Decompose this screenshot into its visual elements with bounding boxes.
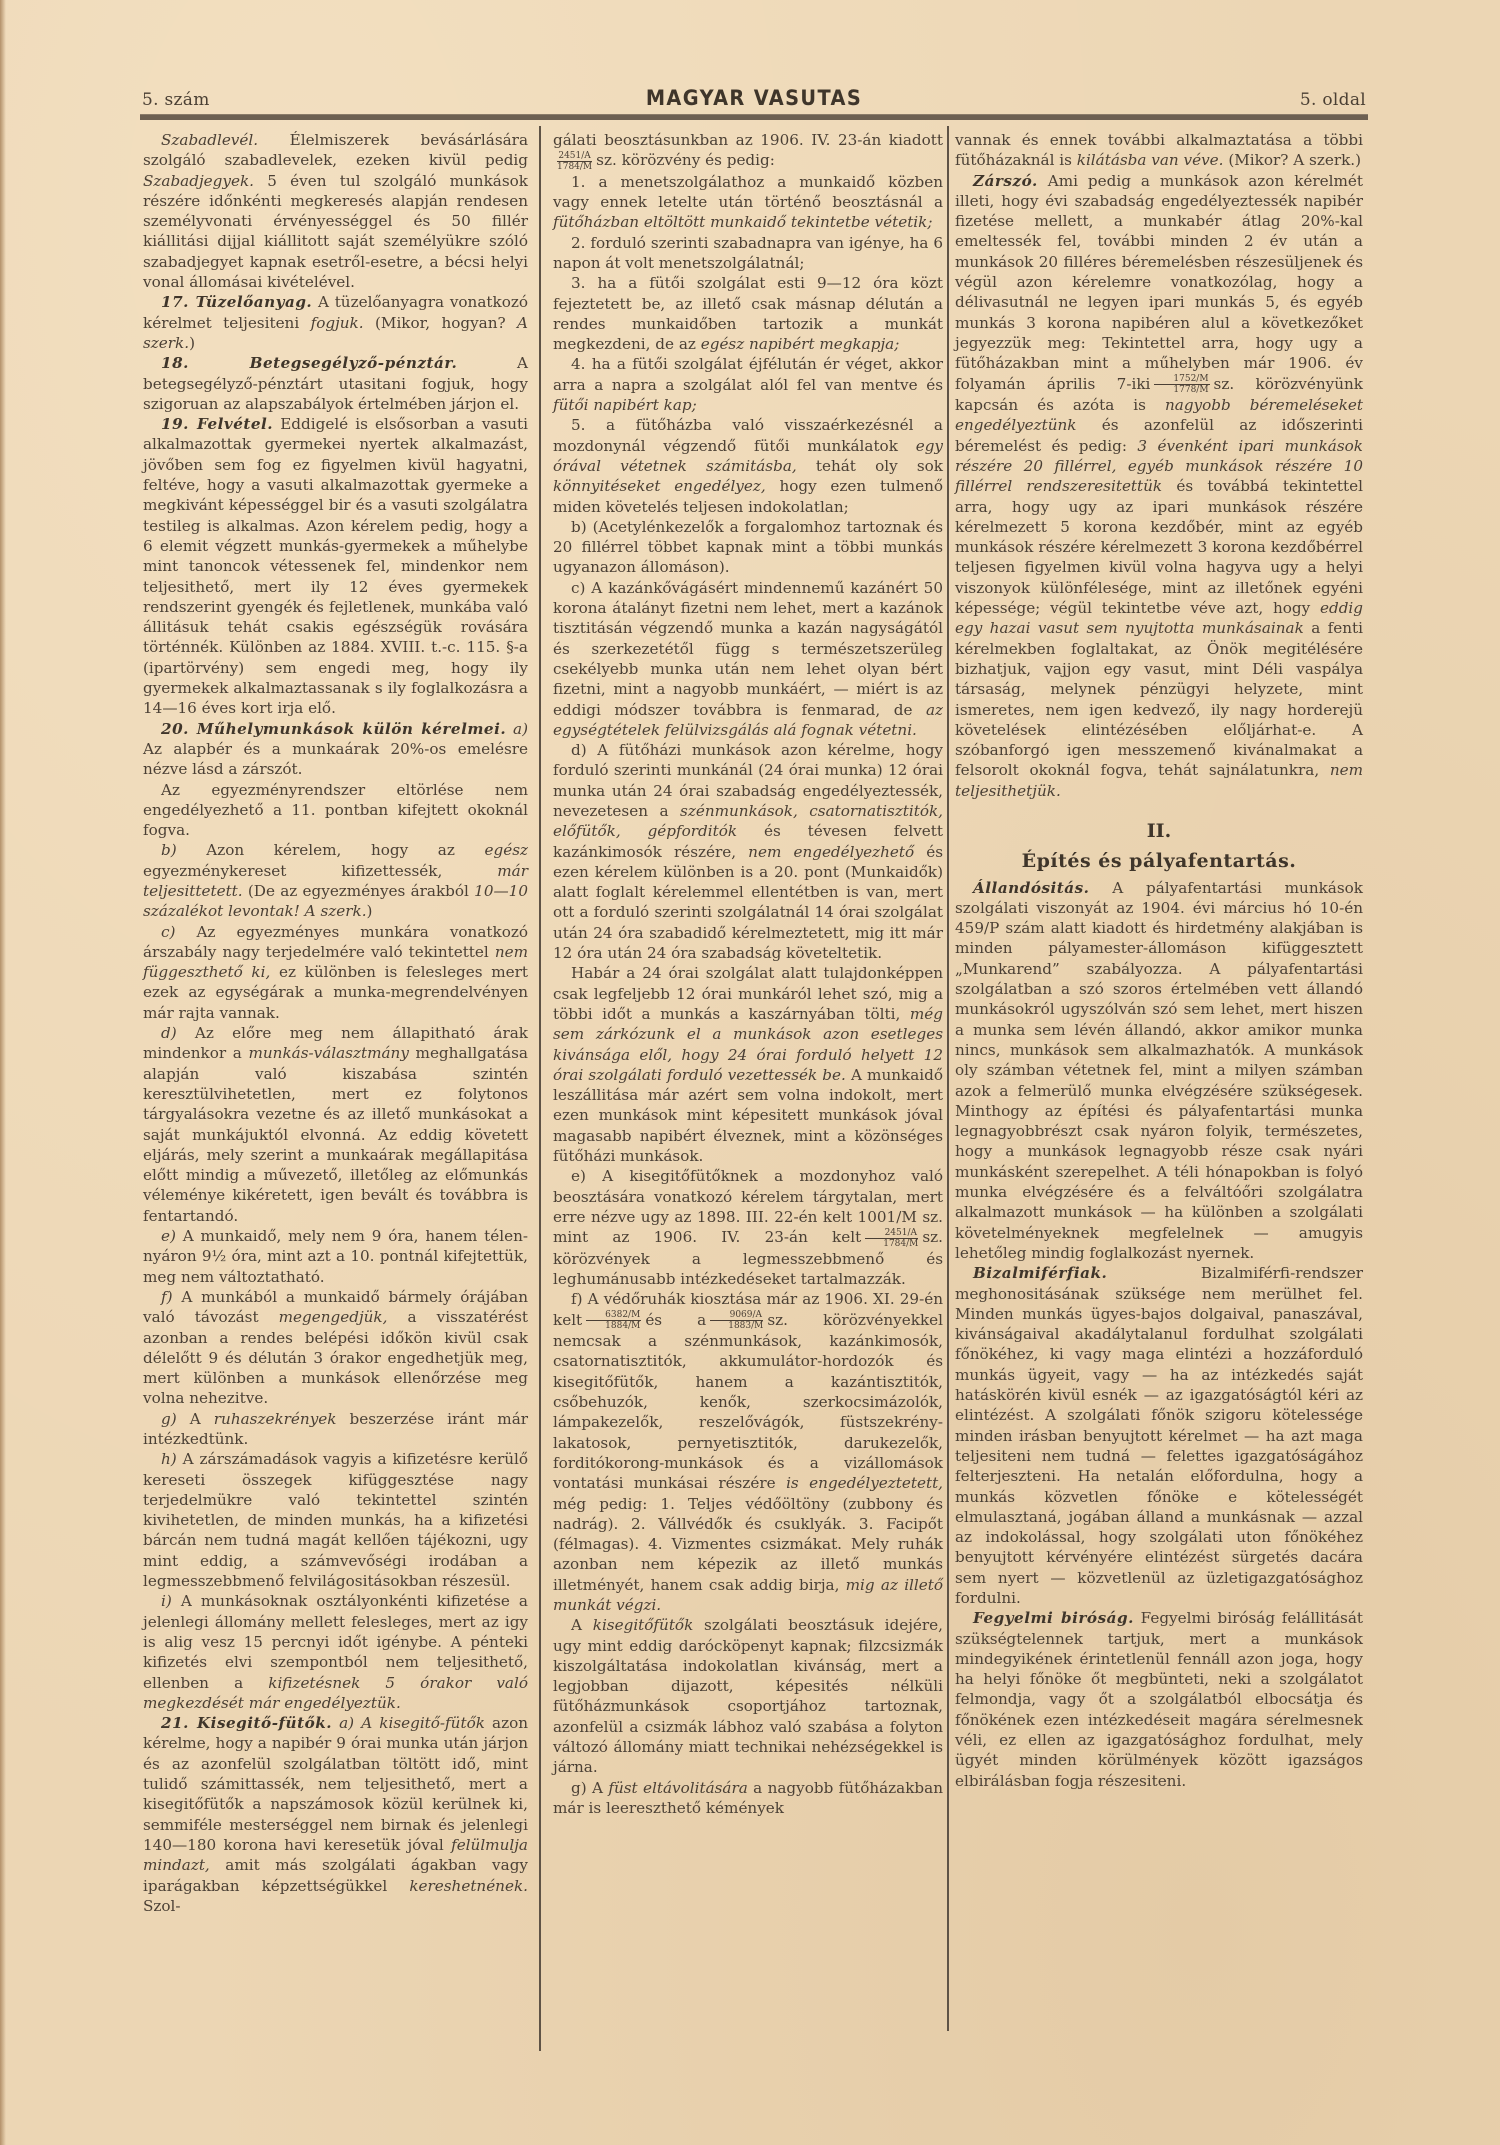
paragraph-continued: vannak és ennek további alkalmaztatása a… — [955, 130, 1363, 171]
page-edge — [0, 0, 6, 2145]
paragraph-d: d) A fütőházi munkások azon kérelme, hog… — [553, 740, 943, 963]
paragraph-kisegito: A kisegitőfütők szolgálati beosztásuk id… — [553, 1615, 943, 1777]
circular-number-fraction: 2451/A1784/M — [557, 151, 592, 172]
column-divider — [947, 126, 949, 2031]
paragraph-20: 20. Műhelymunkások külön kérelmei. a) Az… — [143, 719, 528, 780]
circular-number-fraction: 9069/A1883/M — [710, 1310, 763, 1331]
paragraph-b: b) (Acetylénkezelők a forgalomhoz tartoz… — [553, 517, 943, 578]
list-item-3: 3. ha a fütői szolgálat esti 9—12 óra kö… — [553, 273, 943, 354]
list-item-2: 2. forduló szerinti szabadnapra van igén… — [553, 233, 943, 274]
section-heading: Zárszó. — [973, 172, 1038, 190]
paragraph-20f: f) A munkából a munkaidő bármely órájába… — [143, 1287, 528, 1409]
paragraph-20b: b) Azon kérelem, hogy az egész egyezmény… — [143, 840, 528, 921]
paragraph-20h: h) A zárszámadások vagyis a kifizetésre … — [143, 1449, 528, 1591]
paragraph-e: e) A kisegitőfütőknek a mozdonyhoz való … — [553, 1166, 943, 1289]
paragraph-21: 21. Kisegitő-fütők. a) A kisegitő-fütők … — [143, 1713, 528, 1916]
paragraph-f: f) A védőruhák kiosztása már az 1906. XI… — [553, 1289, 943, 1615]
section-title: Építés és pályafentartás. — [955, 851, 1363, 871]
paragraph-szabadlevel: Szabadlevél. Élelmiszerek bevásárlására … — [143, 130, 528, 292]
section-heading: Bizalmiférfiak. — [973, 1264, 1107, 1282]
circular-number-fraction: 2451/A1784/M — [865, 1228, 918, 1249]
header-rule — [140, 114, 1368, 120]
paragraph-19: 19. Felvétel. Eddigelé is elsősorban a v… — [143, 414, 528, 718]
paragraph-bizalmiferfiak: Bizalmiférfiak. Bizalmiférfi-rendszer me… — [955, 1263, 1363, 1608]
section-heading: 17. Tüzelőanyag. — [161, 293, 312, 311]
list-item-4: 4. ha a fütői szolgálat éjfélután ér vég… — [553, 354, 943, 415]
paragraph-fegyelmi: Fegyelmi biróság. Fegyelmi biróság felál… — [955, 1608, 1363, 1791]
section-heading: 18. Betegsegélyző-pénztár. — [161, 354, 457, 372]
list-item-1: 1. a menetszolgálathoz a munkaidő közben… — [553, 172, 943, 233]
paragraph-c: c) A kazánkővágásért mindennemű kazánért… — [553, 578, 943, 740]
paragraph-g: g) A füst eltávolitására a nagyobb fütőh… — [553, 1778, 943, 1819]
page-number: 5. oldal — [1300, 90, 1366, 110]
paragraph-habar: Habár a 24 órai szolgálat alatt tulajdon… — [553, 963, 943, 1166]
section-number: II. — [955, 821, 1363, 841]
column-left: Szabadlevél. Élelmiszerek bevásárlására … — [143, 130, 528, 1916]
paragraph-allandositas: Állandósitás. A pályafentartási munkások… — [955, 878, 1363, 1264]
paragraph-20e: e) A munkaidő, mely nem 9 óra, hanem tél… — [143, 1226, 528, 1287]
list-item-5: 5. a fütőházba való visszaérkezésnél a m… — [553, 415, 943, 516]
section-heading: Fegyelmi biróság. — [973, 1609, 1134, 1627]
column-right: vannak és ennek további alkalmaztatása a… — [955, 130, 1363, 1791]
paragraph-continued: gálati beosztásunkban az 1906. IV. 23-án… — [553, 130, 943, 172]
paragraph-18: 18. Betegsegélyző-pénztár. A betegsegély… — [143, 353, 528, 414]
section-heading: 21. Kisegitő-fütők. — [161, 1714, 332, 1732]
paragraph-20g: g) A ruhaszekrények beszerzése iránt már… — [143, 1409, 528, 1450]
paragraph-zarszo: Zárszó. Ami pedig a munkások azon kérelm… — [955, 171, 1363, 801]
paragraph-20d: d) Az előre meg nem állapitható árak min… — [143, 1023, 528, 1226]
column-divider — [539, 126, 541, 2051]
circular-number-fraction: 1752/M1778/M — [1154, 374, 1209, 395]
section-heading: Állandósitás. — [973, 879, 1089, 897]
paragraph-20-continued: Az egyezményrendszer eltörlése nem enged… — [143, 780, 528, 841]
paragraph-17: 17. Tüzelőanyag. A tüzelőanyagra vonatko… — [143, 292, 528, 353]
section-heading: 19. Felvétel. — [161, 415, 273, 433]
section-heading: 20. Műhelymunkások külön kérelmei. — [161, 720, 506, 738]
newspaper-title: MAGYAR VASUTAS — [189, 86, 1319, 110]
column-middle: gálati beosztásunkban az 1906. IV. 23-án… — [553, 130, 943, 1818]
paragraph-20c: c) Az egyezményes munkára vonatkozó ársz… — [143, 922, 528, 1023]
paragraph-20i: i) A munkásoknak osztályonkénti kifizeté… — [143, 1591, 528, 1713]
circular-number-fraction: 6382/M1884/M — [586, 1310, 641, 1331]
